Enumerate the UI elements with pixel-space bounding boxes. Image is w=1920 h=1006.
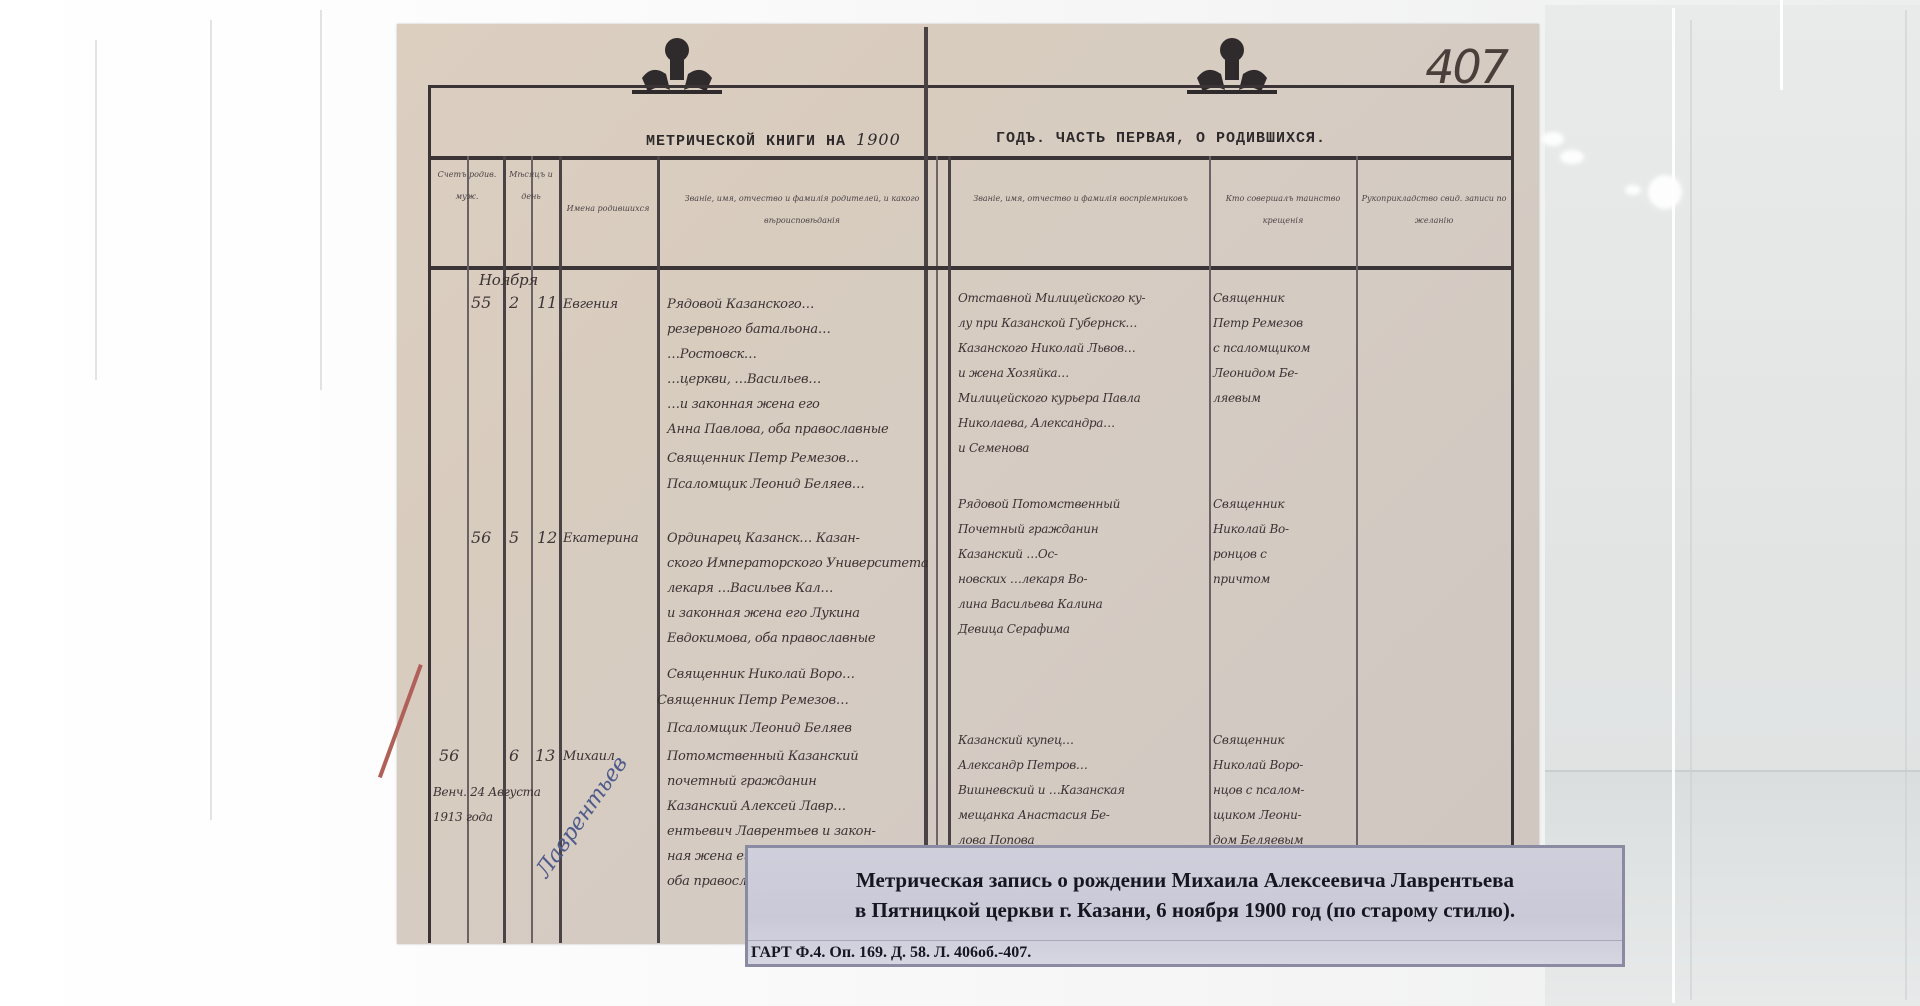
case-edge (1780, 0, 1783, 90)
column-divider (948, 156, 951, 943)
blue-signature: Лаврентьев (531, 752, 633, 882)
table-frame: МЕТРИЧЕСКОЙ КНИГИ НА 1900 ГОДЪ. ЧАСТЬ ПЕ… (428, 85, 1514, 943)
caption-title-line-1: Метрическая запись о рождении Михаила Ал… (748, 868, 1622, 893)
entry-child-name: Евгения (563, 292, 618, 317)
glare (1560, 150, 1584, 164)
entry-birth-day: 6 (509, 746, 519, 765)
entry-baptized-by: Священник Николай Во- ронцов с причтом (1213, 492, 1289, 592)
title-left: МЕТРИЧЕСКОЙ КНИГИ НА 1900 (646, 130, 901, 150)
marriage-margin-note: Венч. 24 Августа 1913 года (433, 780, 541, 830)
header-count: Счетъ родив. муж. (431, 164, 503, 208)
entry-godparents: Казанский купец… Александр Петров… Вишне… (958, 728, 1125, 853)
caption-plaque: Метрическая запись о рождении Михаила Ал… (745, 845, 1625, 967)
case-edge (210, 20, 212, 820)
entry-baptism-day: 11 (537, 293, 557, 312)
glare (1648, 175, 1682, 209)
entry-signature: Священник Николай Воро… (667, 662, 855, 687)
entry-baptized-by: Священник Петр Ремезов с псаломщиком Лео… (1213, 286, 1310, 411)
column-divider (1209, 156, 1211, 943)
header-parents: Званіе, имя, отчество и фамилія родителе… (667, 188, 937, 232)
entry-godparents: Рядовой Потомственный Почетный гражданин… (958, 492, 1120, 642)
entry-baptism-day: 13 (535, 746, 555, 765)
metric-book-page: 407 МЕТРИЧЕСКОЙ КНИГИ НА 1900 ГОДЪ. ЧАСТ… (397, 24, 1539, 944)
entry-birth-day: 2 (509, 293, 519, 312)
header-godparents: Званіе, имя, отчество и фамилія воспріем… (958, 188, 1203, 210)
header-month-day: Мѣсяцъ и день (503, 164, 559, 208)
entry-signature: Псаломщик Леонид Беляев (667, 716, 852, 741)
entry-signature: Священник Петр Ремезов… (657, 688, 849, 713)
entry-parents: Ординарец Казанск… Казан- ского Императо… (667, 526, 928, 651)
column-divider (657, 156, 660, 943)
month-heading: Ноября (479, 268, 538, 293)
page-binding-inner (936, 156, 938, 946)
header-signatures: Рукоприкладство свид. записи по желанію (1359, 188, 1509, 232)
case-edge (95, 40, 97, 380)
entry-baptism-day: 12 (537, 528, 557, 547)
entry-child-name: Екатерина (563, 526, 638, 551)
glare (1625, 185, 1641, 195)
header-names: Имена родившихся (559, 198, 657, 220)
header-baptized-by: Кто совершалъ таинство крещенія (1213, 188, 1353, 232)
case-edge (1672, 8, 1675, 1003)
case-edge (1905, 10, 1907, 1000)
caption-divider (748, 940, 1622, 941)
archive-reference: ГАРТ Ф.4. Оп. 169. Д. 58. Л. 406об.-407. (751, 944, 1031, 962)
caption-title-line-2: в Пятницкой церкви г. Казани, 6 ноября 1… (748, 898, 1622, 923)
entry-number: 56 (471, 528, 491, 547)
glare (1542, 132, 1564, 146)
case-edge (1690, 20, 1692, 1000)
entry-baptized-by: Священник Николай Воро- нцов с псалом- щ… (1213, 728, 1304, 853)
entry-number: 56 (439, 746, 459, 765)
entry-parents: Рядовой Казанского… резервного батальона… (667, 292, 888, 442)
entry-signature: Псаломщик Леонид Беляев… (667, 472, 864, 497)
entry-number: 55 (471, 293, 491, 312)
case-edge (320, 10, 322, 390)
red-pencil-mark (378, 664, 423, 778)
title-right: ГОДЪ. ЧАСТЬ ПЕРВАЯ, О РОДИВШИХСЯ. (996, 130, 1326, 147)
year-handwritten: 1900 (856, 130, 901, 149)
title-band: МЕТРИЧЕСКОЙ КНИГИ НА 1900 ГОДЪ. ЧАСТЬ ПЕ… (431, 88, 1511, 160)
entry-birth-day: 5 (509, 528, 519, 547)
entry-signature: Священник Петр Ремезов… (667, 446, 859, 471)
column-divider (1356, 156, 1358, 943)
entry-godparents: Отставной Милицейского ку- лу при Казанс… (958, 286, 1145, 461)
